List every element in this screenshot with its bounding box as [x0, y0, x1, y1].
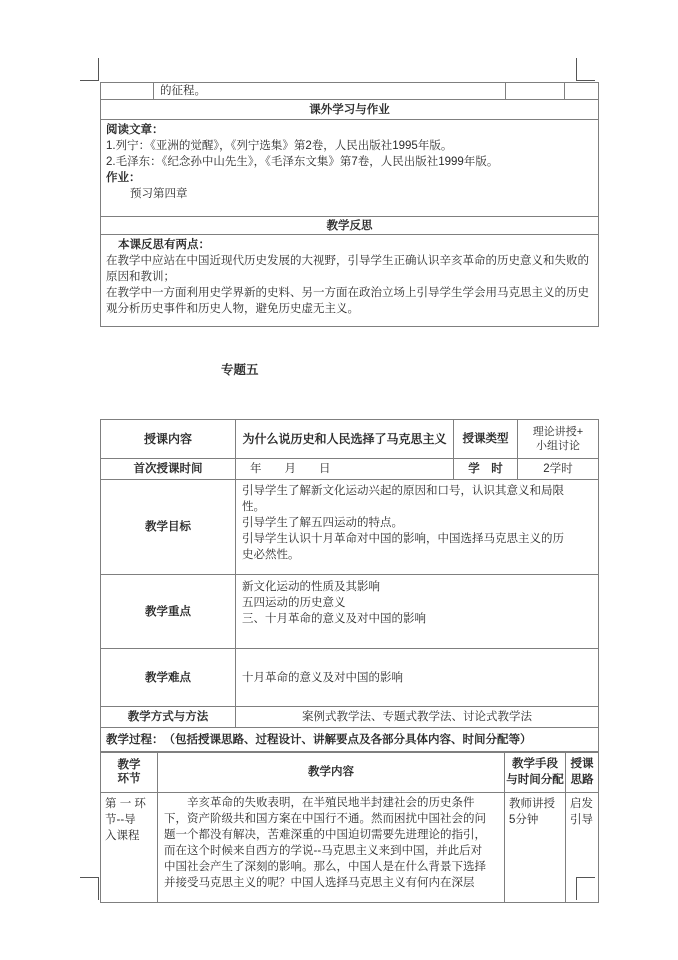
reading-item: 2.毛泽东：《纪念孙中山先生》，《毛泽东文集》第7卷，人民出版社1999年版。 — [106, 154, 593, 170]
objective-item: 引导学生认识十月革命对中国的影响，中国选择马克思主义的历史必然性。 — [242, 531, 564, 563]
type-label: 授课类型 — [454, 420, 518, 459]
lesson-info-table: 授课内容 为什么说历史和人民选择了马克思主义 授课类型 理论讲授+ 小组讨论 首… — [100, 419, 599, 753]
extracurricular-cell: 阅读文章： 1.列宁：《亚洲的觉醒》，《列宁选集》第2卷，人民出版社1995年版… — [101, 120, 599, 217]
table-row: 本课反思有两点： 在教学中应站在中国近现代历史发展的大视野，引导学生正确认识辛亥… — [101, 235, 599, 327]
content-label: 授课内容 — [101, 420, 236, 459]
table-row: 的征程。 — [101, 83, 599, 100]
first-time-value: 年 月 日 — [236, 459, 454, 480]
table-row: 第 一 环 节--导 入课程 辛亥革命的失败表明，在半殖民地半封建社会的历史条件… — [101, 793, 599, 903]
table-header-row: 教学 环节 教学内容 教学手段 与时间分配 授课 思路 — [101, 752, 599, 793]
reading-item: 1.列宁：《亚洲的觉醒》，《列宁选集》第2卷，人民出版社1995年版。 — [106, 138, 593, 154]
homework-label: 作业： — [106, 170, 593, 186]
reading-label: 阅读文章： — [106, 122, 593, 138]
phase-cell: 第 一 环 节--导 入课程 — [101, 793, 158, 903]
empty-cell — [506, 83, 565, 100]
empty-cell — [565, 83, 599, 100]
key-points-cell: 新文化运动的性质及其影响 五四运动的历史意义 三、十月革命的意义及对中国的影响 — [236, 575, 599, 649]
empty-cell — [101, 83, 154, 100]
content-cell: 辛亥革命的失败表明，在半殖民地半封建社会的历史条件下，资产阶级共和国方案在中国行… — [158, 793, 505, 903]
reflection-cell: 本课反思有两点： 在教学中应站在中国近现代历史发展的大视野，引导学生正确认识辛亥… — [101, 235, 599, 327]
objective-item: 引导学生了解五四运动的特点。 — [242, 515, 564, 531]
key-point-item: 五四运动的历史意义 — [242, 595, 592, 611]
table-row: 教学目标 引导学生了解新文化运动兴起的原因和口号，认识其意义和局限性。 引导学生… — [101, 480, 599, 575]
objectives-cell: 引导学生了解新文化运动兴起的原因和口号，认识其意义和局限性。 引导学生了解五四运… — [236, 480, 599, 575]
key-point-item: 三、十月革命的意义及对中国的影响 — [242, 611, 592, 627]
reflection-intro: 本课反思有两点： — [106, 237, 593, 253]
text-boundary-mark-bottom-left — [80, 877, 99, 900]
reflection-point: 在教学中一方面利用史学界新的史料、另一方面在政治立场上引导学生学会用马克思主义的… — [106, 285, 593, 317]
hours-label: 学 时 — [454, 459, 518, 480]
carryover-text: 的征程。 — [154, 83, 506, 100]
type-value: 理论讲授+ 小组讨论 — [518, 420, 599, 459]
idea-cell: 启发 引导 — [566, 793, 599, 903]
table-row: 课外学习与作业 — [101, 100, 599, 120]
document-page: 的征程。 课外学习与作业 阅读文章： 1.列宁：《亚洲的觉醒》，《列宁选集》第2… — [0, 0, 678, 960]
objective-item: 引导学生了解新文化运动兴起的原因和口号，认识其意义和局限性。 — [242, 483, 564, 515]
objectives-label: 教学目标 — [101, 480, 236, 575]
section-title: 专题五 — [221, 360, 259, 378]
table-row: 授课内容 为什么说历史和人民选择了马克思主义 授课类型 理论讲授+ 小组讨论 — [101, 420, 599, 459]
first-time-label: 首次授课时间 — [101, 459, 236, 480]
means-cell: 教师讲授 5分钟 — [505, 793, 566, 903]
col-header-idea: 授课 思路 — [566, 752, 599, 793]
reflection-point: 在教学中应站在中国近现代历史发展的大视野，引导学生正确认识辛亥革命的历史意义和失… — [106, 253, 593, 285]
key-point-item: 新文化运动的性质及其影响 — [242, 579, 592, 595]
method-label: 教学方式与方法 — [101, 707, 236, 728]
text-boundary-mark-top-right — [576, 58, 595, 81]
method-value: 案例式教学法、专题式教学法、讨论式教学法 — [236, 707, 599, 728]
col-header-means: 教学手段 与时间分配 — [505, 752, 566, 793]
table-row: 首次授课时间 年 月 日 学 时 2学时 — [101, 459, 599, 480]
col-header-content: 教学内容 — [158, 752, 505, 793]
hours-value: 2学时 — [518, 459, 599, 480]
content-value: 为什么说历史和人民选择了马克思主义 — [236, 420, 454, 459]
key-points-label: 教学重点 — [101, 575, 236, 649]
process-title: 教学过程： （包括授课思路、过程设计、讲解要点及各部分具体内容、时间分配等） — [101, 728, 599, 753]
reflection-header: 教学反思 — [101, 217, 599, 235]
homework-item: 预习第四章 — [106, 186, 593, 202]
table-row: 教学方式与方法 案例式教学法、专题式教学法、讨论式教学法 — [101, 707, 599, 728]
table-row: 教学反思 — [101, 217, 599, 235]
table-row: 阅读文章： 1.列宁：《亚洲的觉醒》，《列宁选集》第2卷，人民出版社1995年版… — [101, 120, 599, 217]
text-boundary-mark-top-left — [80, 58, 99, 81]
extracurricular-header: 课外学习与作业 — [101, 100, 599, 120]
col-header-phase: 教学 环节 — [101, 752, 158, 793]
table-row: 教学难点 十月革命的意义及对中国的影响 — [101, 649, 599, 707]
table-row: 教学过程： （包括授课思路、过程设计、讲解要点及各部分具体内容、时间分配等） — [101, 728, 599, 753]
difficulty-label: 教学难点 — [101, 649, 236, 707]
difficulty-value: 十月革命的意义及对中国的影响 — [236, 649, 599, 707]
teaching-process-table: 教学 环节 教学内容 教学手段 与时间分配 授课 思路 第 一 环 节--导 入… — [100, 751, 599, 903]
table-row: 教学重点 新文化运动的性质及其影响 五四运动的历史意义 三、十月革命的意义及对中… — [101, 575, 599, 649]
homework-reflection-table: 的征程。 课外学习与作业 阅读文章： 1.列宁：《亚洲的觉醒》，《列宁选集》第2… — [100, 82, 599, 327]
